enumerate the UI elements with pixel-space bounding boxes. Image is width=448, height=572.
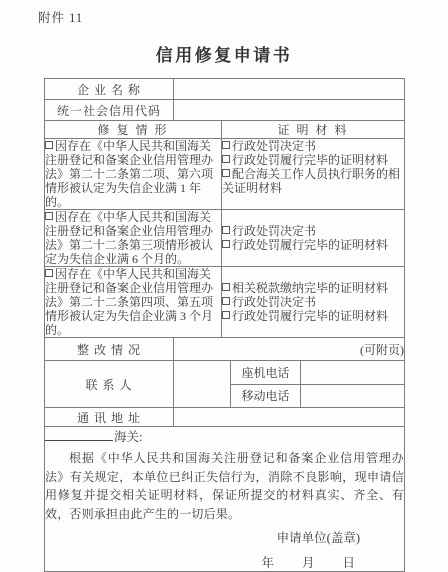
repair-situation-text-2: 因存在《中华人民共和国海关注册登记和备案企业信用管理办法》第二十二条第三项情形被…	[45, 210, 213, 266]
rectification-field: (可附页)	[174, 338, 405, 361]
credit-code-label: 统一社会信用代码	[45, 100, 174, 121]
checkbox-icon	[45, 141, 53, 149]
checkbox-icon	[45, 212, 53, 220]
table-row: 因存在《中华人民共和国海关注册登记和备案企业信用管理办法》第二十二条第四项、第五…	[45, 267, 405, 338]
enterprise-name-label: 企 业 名 称	[45, 79, 174, 100]
table-row: 海关: 根据《中华人民共和国海关注册登记和备案企业信用管理办法》有关规定，本单位…	[45, 427, 405, 572]
material-item: 行政处罚履行完毕的证明材料	[222, 153, 404, 167]
declaration-text: 根据《中华人民共和国海关注册登记和备案企业信用管理办法》有关规定，本单位已纠正失…	[45, 449, 404, 523]
material-item: 行政处罚决定书	[222, 224, 404, 238]
address-label: 通 讯 地 址	[45, 408, 174, 427]
repair-situation-header: 修 复 情 形	[45, 121, 222, 139]
checkbox-icon	[222, 297, 230, 305]
repair-situation-cell-3: 因存在《中华人民共和国海关注册登记和备案企业信用管理办法》第二十二条第四项、第五…	[45, 267, 222, 338]
contact-person-label: 联 系 人	[45, 361, 174, 408]
customs-name-blank	[45, 427, 113, 441]
material-item: 行政处罚决定书	[222, 295, 404, 309]
table-row: 联 系 人 座机电话	[45, 361, 405, 385]
customs-label: 海关:	[114, 430, 142, 444]
material-text: 行政处罚履行完毕的证明材料	[232, 153, 388, 167]
customs-addressee-line: 海关:	[45, 427, 404, 445]
repair-situation-text-1: 因存在《中华人民共和国海关注册登记和备案企业信用管理办法》第二十二条第二项、第六…	[45, 139, 213, 209]
repair-situation-cell-2: 因存在《中华人民共和国海关注册登记和备案企业信用管理办法》第二十二条第三项情形被…	[45, 210, 222, 267]
date-line: 年 月 日	[45, 553, 404, 571]
landline-label: 座机电话	[231, 361, 301, 385]
material-item: 配合海关工作人员执行职务的相关证明材料	[222, 167, 404, 195]
enterprise-name-field	[174, 79, 405, 100]
page-title: 信用修复申请书	[0, 41, 448, 66]
mobile-field	[301, 384, 405, 408]
checkbox-icon	[222, 283, 230, 291]
material-text: 行政处罚履行完毕的证明材料	[232, 309, 388, 323]
credit-code-field	[174, 100, 405, 121]
rectification-label: 整 改 情 况	[45, 338, 174, 361]
material-text: 行政处罚履行完毕的证明材料	[232, 238, 388, 252]
material-text: 相关税款缴纳完毕的证明材料	[232, 281, 388, 295]
checkbox-icon	[222, 311, 230, 319]
material-item: 行政处罚履行完毕的证明材料	[222, 238, 404, 252]
landline-field	[301, 361, 405, 385]
checkbox-icon	[222, 169, 230, 177]
material-text: 行政处罚决定书	[232, 295, 316, 309]
materials-cell-2: 行政处罚决定书 行政处罚履行完毕的证明材料	[222, 210, 405, 267]
attach-page-note: (可附页)	[360, 343, 404, 357]
repair-situation-cell-1: 因存在《中华人民共和国海关注册登记和备案企业信用管理办法》第二十二条第二项、第六…	[45, 139, 222, 210]
credit-repair-form-table: 企 业 名 称 统一社会信用代码 修 复 情 形 证 明 材 料 因存在《中华人…	[44, 78, 405, 572]
material-text: 配合海关工作人员执行职务的相关证明材料	[222, 167, 400, 195]
address-field	[174, 408, 405, 427]
material-text: 行政处罚决定书	[232, 139, 316, 153]
materials-header: 证 明 材 料	[222, 121, 405, 139]
checkbox-icon	[222, 141, 230, 149]
material-item: 行政处罚决定书	[222, 139, 404, 153]
material-item: 相关税款缴纳完毕的证明材料	[222, 281, 404, 295]
table-row: 企 业 名 称	[45, 79, 405, 100]
table-row: 通 讯 地 址	[45, 408, 405, 427]
contact-person-field	[174, 361, 231, 408]
table-row: 整 改 情 况 (可附页)	[45, 338, 405, 361]
materials-cell-3: 相关税款缴纳完毕的证明材料 行政处罚决定书 行政处罚履行完毕的证明材料	[222, 267, 405, 338]
checkbox-icon	[222, 240, 230, 248]
table-row: 因存在《中华人民共和国海关注册登记和备案企业信用管理办法》第二十二条第三项情形被…	[45, 210, 405, 267]
checkbox-icon	[222, 155, 230, 163]
table-row: 修 复 情 形 证 明 材 料	[45, 121, 405, 139]
checkbox-icon	[45, 269, 53, 277]
repair-situation-text-3: 因存在《中华人民共和国海关注册登记和备案企业信用管理办法》第二十二条第四项、第五…	[45, 267, 213, 337]
table-row: 因存在《中华人民共和国海关注册登记和备案企业信用管理办法》第二十二条第二项、第六…	[45, 139, 405, 210]
applicant-seal-label: 申请单位(盖章)	[45, 528, 404, 546]
table-row: 统一社会信用代码	[45, 100, 405, 121]
material-text: 行政处罚决定书	[232, 224, 316, 238]
material-item: 行政处罚履行完毕的证明材料	[222, 309, 404, 323]
checkbox-icon	[222, 226, 230, 234]
mobile-label: 移动电话	[231, 384, 301, 408]
declaration-cell: 海关: 根据《中华人民共和国海关注册登记和备案企业信用管理办法》有关规定，本单位…	[45, 427, 405, 572]
attachment-label: 附件 11	[38, 8, 83, 26]
materials-cell-1: 行政处罚决定书 行政处罚履行完毕的证明材料 配合海关工作人员执行职务的相关证明材…	[222, 139, 405, 210]
